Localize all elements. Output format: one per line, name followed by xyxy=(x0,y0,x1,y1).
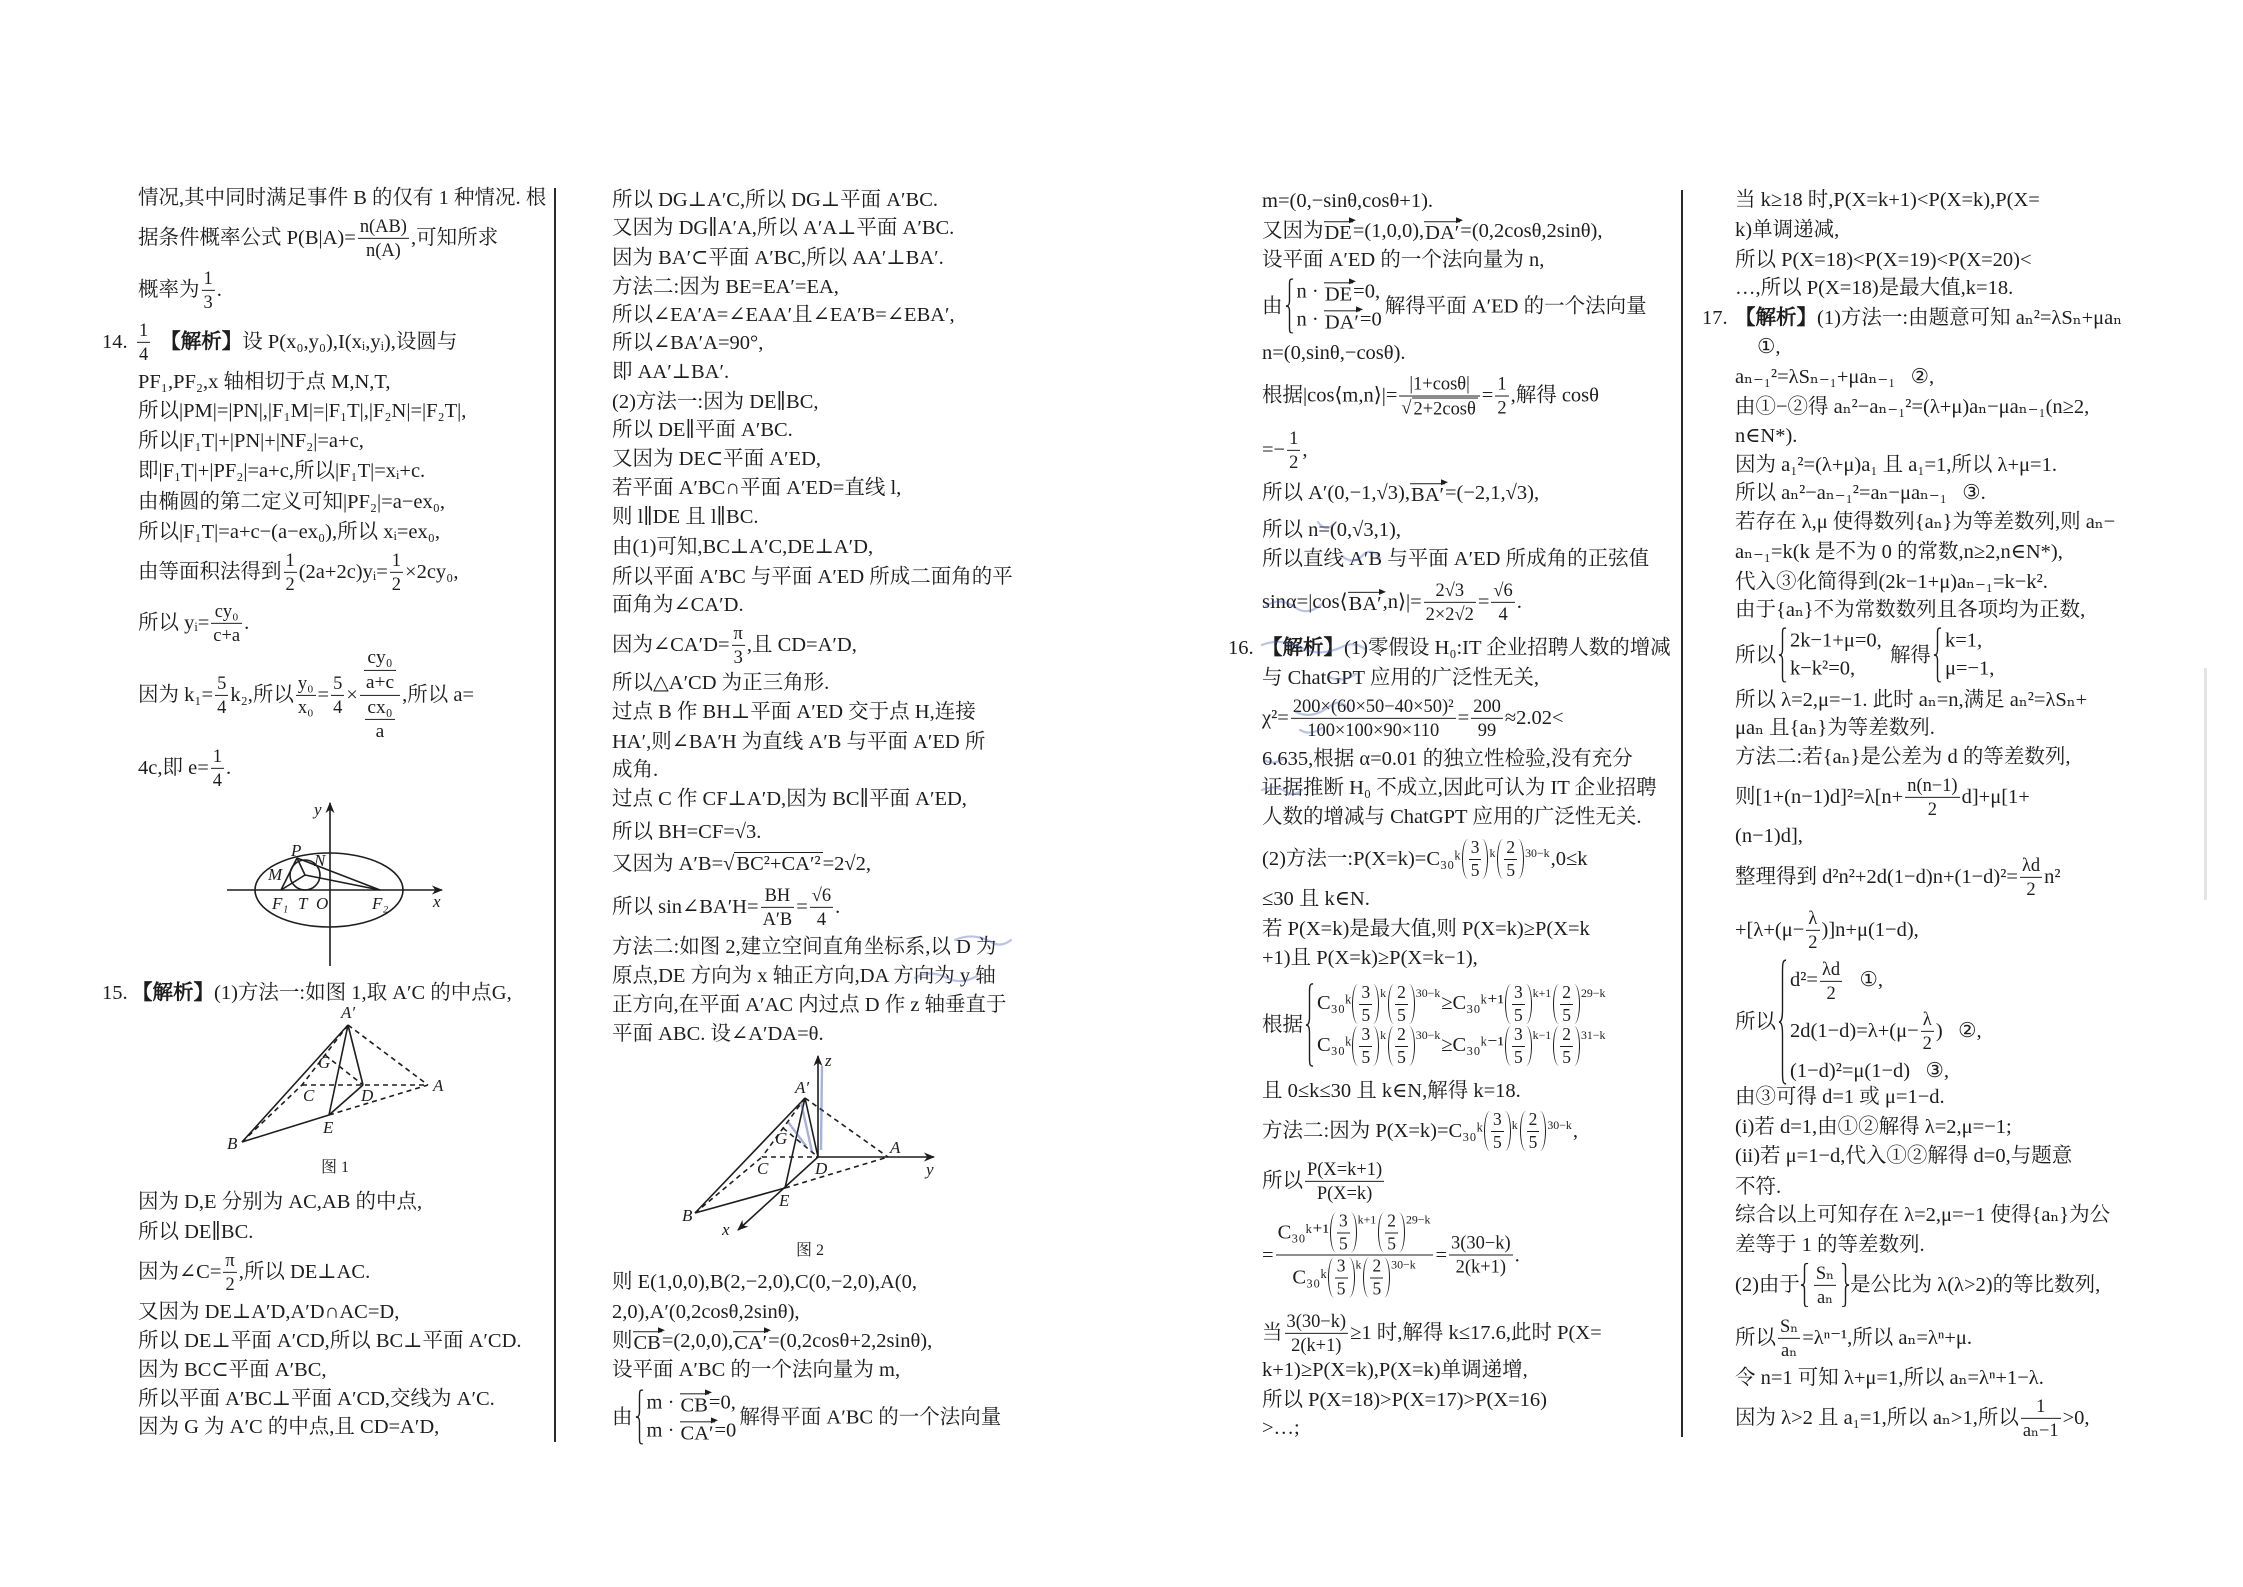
text-line: 又因为 DE =(1,0,0), DA′ =(0,2cosθ,2sinθ), xyxy=(1262,217,1603,245)
text-run: , xyxy=(1302,437,1307,463)
numerator: 3(30−k) xyxy=(1285,1311,1349,1334)
numerator: 3 xyxy=(1469,838,1482,860)
equation-system: 2k−1+μ=0, k−k²=0, xyxy=(1778,627,1882,682)
vector: DE xyxy=(1324,221,1353,245)
left-paren xyxy=(1484,1111,1490,1151)
text-run: n · xyxy=(1297,306,1324,334)
text-line: 情况,其中同时满足事件 B 的仅有 1 种情况. 根 xyxy=(138,185,546,211)
text-line: 综合以上可知存在 λ=2,μ=−1 使得{aₙ}为公 xyxy=(1735,1202,2110,1228)
text-run: m · xyxy=(647,1417,680,1445)
power-of-fraction: 35k+1 xyxy=(1505,983,1551,1025)
text-run: ,所以 DE⊥AC. xyxy=(239,1259,370,1285)
fraction: 35 xyxy=(1359,983,1372,1025)
text-line: 因为 a₁²=(λ+μ)a₁ 且 a₁=1,所以 λ+μ=1. xyxy=(1735,452,2057,478)
text-line: 2,0),A′(0,2cosθ,2sinθ), xyxy=(612,1299,800,1325)
text-run: =0, xyxy=(1353,278,1380,306)
denominator: 4 xyxy=(810,908,833,930)
fraction: 14 xyxy=(211,746,224,790)
numerator: 2 xyxy=(1395,1025,1408,1047)
text-run: = xyxy=(1478,589,1490,615)
right-paren xyxy=(1384,1258,1390,1298)
numerator: λ xyxy=(1806,908,1819,931)
vector: DA′ xyxy=(1424,221,1460,245)
numerator: 1 xyxy=(137,320,150,343)
text-line: 据条件概率公式 P(B|A)= n(AB)n(A) ,可知所求 xyxy=(138,216,498,260)
denominator: 5 xyxy=(1385,1233,1398,1254)
fraction: P(X=k+1)P(X=k) xyxy=(1305,1159,1384,1203)
power-of-fraction: 35k xyxy=(1352,983,1386,1025)
text-run: . xyxy=(226,755,231,781)
text-line: 所以 2k−1+μ=0, k−k²=0, 解得 k=1, μ=−1, xyxy=(1735,627,1997,682)
system-rows: d²=λd2 ①, 2d(1−d)=λ+(μ−λ2) ②, (1−d)²=μ(1… xyxy=(1790,959,1982,1085)
numerator: 200 xyxy=(1471,696,1503,719)
exponent: k xyxy=(1489,840,1495,866)
fraction: 54 xyxy=(331,673,344,717)
left-paren xyxy=(1497,839,1503,879)
power-of-fraction: 2530−k xyxy=(1363,1257,1415,1299)
text-run: 所以 xyxy=(1735,1009,1776,1035)
power-of-fraction: 35k xyxy=(1352,1025,1386,1067)
text-line: 4c,即 e= 14 . xyxy=(138,746,231,790)
text-line: =− 12 , xyxy=(1262,428,1307,472)
inequality-system: C₃₀ᵏ 35k 2530−k ≥C₃₀ᵏ⁺¹ 35k+1 2529−k C₃₀… xyxy=(1305,983,1606,1067)
system-row: μ=−1, xyxy=(1945,655,1995,683)
text-line: = C₃₀ᵏ⁺¹ 35k+1 2529−k C₃₀ᵏ 35k 2530−k = … xyxy=(1262,1212,1520,1299)
numerator: π xyxy=(223,1250,236,1273)
text-run: (1)方法一:如图 1,取 A′C 的中点G, xyxy=(214,980,512,1006)
text-line: 证据推断 H₀ 不成立,因此可认为 IT 企业招聘 xyxy=(1262,775,1657,801)
left-paren xyxy=(1388,984,1394,1024)
text-line: 所以 BH=CF=√3. xyxy=(612,819,761,845)
vector: DE xyxy=(1324,282,1353,306)
left-brace xyxy=(1778,959,1787,1085)
edge-A1D xyxy=(348,1025,363,1085)
fraction: BHA′B xyxy=(761,885,795,929)
exponent: 31−k xyxy=(1581,1027,1606,1043)
text-run: 由 xyxy=(1262,293,1283,319)
numerator: 3 xyxy=(1512,1025,1525,1047)
text-line: aₙ₋₁=k(k 是不为 0 的常数,n≥2,n∈N*), xyxy=(1735,539,2063,565)
label-G: G xyxy=(318,1053,330,1072)
text-line: 所以∠EA′A=∠EAA′且∠EA′B=∠EBA′, xyxy=(612,302,955,328)
text-line: 所以 DE⊥平面 A′CD,所以 BC⊥平面 A′CD. xyxy=(138,1328,522,1354)
fraction: 54 xyxy=(215,673,228,717)
edge-BC xyxy=(242,1085,302,1142)
text-run: ,解得 cosθ xyxy=(1511,383,1599,409)
system-row: m · CA′=0 xyxy=(647,1417,737,1445)
right-paren xyxy=(1399,1213,1405,1253)
text-line: 所以 DG⊥A′C,所以 DG⊥平面 A′BC. xyxy=(612,187,938,213)
text-run: = xyxy=(318,682,330,708)
denominator: 2 xyxy=(1806,931,1819,953)
exponent: k+1 xyxy=(1533,985,1552,1001)
denominator: P(X=k) xyxy=(1305,1182,1384,1204)
fraction: 25 xyxy=(1370,1257,1383,1299)
numerator: C₃₀ᵏ⁺¹ 35k+1 2529−k xyxy=(1276,1212,1434,1256)
right-paren xyxy=(1526,1026,1532,1066)
label-B: B xyxy=(682,1206,693,1225)
text-line: 由于{aₙ}不为常数数列且各项均为正数, xyxy=(1735,597,2085,623)
text-line: 又因为 DE⊂平面 A′ED, xyxy=(612,446,821,472)
numerator: 200×(60×50−40×50)² xyxy=(1291,696,1456,719)
text-line: 所以 yᵢ= cy₀c+a . xyxy=(138,601,249,645)
left-brace xyxy=(1778,627,1787,682)
text-run: 则 xyxy=(612,1328,633,1354)
numerator: BH xyxy=(761,885,795,908)
numerator: 1 xyxy=(2021,1396,2061,1419)
text-line: 又因为 DE⊥A′D,A′D∩AC=D, xyxy=(138,1299,399,1325)
text-run: =− xyxy=(1262,437,1285,463)
text-line: k)单调递减, xyxy=(1735,217,1839,243)
text-run: 由 xyxy=(612,1404,633,1430)
fraction: λd2 xyxy=(1820,959,1842,1003)
text-run: 所以 xyxy=(1735,642,1776,668)
edge-A1E xyxy=(329,1025,348,1115)
numerator: 3(30−k) xyxy=(1449,1233,1513,1256)
numerator: 2√3 xyxy=(1424,580,1476,603)
edge-BA1 xyxy=(242,1025,348,1142)
text-run: ≥C₃₀ᵏ⁺¹ xyxy=(1441,990,1504,1018)
text-line: 与 ChatGPT 应用的广泛性无关, xyxy=(1262,665,1539,691)
text-run: 因为∠CA′D= xyxy=(612,632,730,658)
text-run: 解得 xyxy=(1885,642,1931,668)
right-paren xyxy=(1409,984,1415,1024)
analysis-tag: 【解析】 xyxy=(132,980,214,1006)
fraction: Sₙaₙ xyxy=(1814,1263,1836,1307)
text-line: χ²= 200×(60×50−40×50)²100×100×90×110 = 2… xyxy=(1262,696,1564,740)
fraction: 25 xyxy=(1527,1110,1540,1152)
text-run: = xyxy=(1458,705,1470,731)
text-run: 因为 λ>2 且 a₁=1,所以 aₙ>1,所以 xyxy=(1735,1405,2019,1431)
text-line: 由等面积法得到 12 (2a+2c)yᵢ= 12 ×2cy₀, xyxy=(138,550,458,594)
text-run: ≥1 时,解得 k≤17.6,此时 P(X= xyxy=(1350,1320,1602,1346)
text-line: (2)由于 Sₙaₙ 是公比为 λ(λ>2)的等比数列, xyxy=(1735,1263,2100,1307)
numerator: P(X=k+1) xyxy=(1305,1159,1384,1182)
left-paren xyxy=(1462,839,1468,879)
question-15-heading: 15. 【解析】 (1)方法一:如图 1,取 A′C 的中点G, xyxy=(102,980,512,1006)
bisector-F2 xyxy=(305,875,380,890)
fraction: 35 xyxy=(1337,1212,1350,1254)
text-line: 所以 P(X=18)>P(X=17)>P(X=16) xyxy=(1262,1387,1547,1413)
denominator: 2 xyxy=(2020,878,2042,900)
braced-sequence: Sₙaₙ xyxy=(1800,1263,1850,1307)
text-run: =0, xyxy=(709,1389,736,1417)
numerator: Sₙ xyxy=(1778,1316,1800,1339)
system-row: k=1, xyxy=(1945,627,1995,655)
text-run: 当 xyxy=(1262,1320,1283,1346)
equation-system: d²=λd2 ①, 2d(1−d)=λ+(μ−λ2) ②, (1−d)²=μ(1… xyxy=(1778,959,1982,1085)
text-line: >…; xyxy=(1262,1415,1300,1441)
text-run: , xyxy=(1573,1118,1578,1144)
text-run: =0 xyxy=(1360,306,1382,334)
numerator: 2 xyxy=(1527,1110,1540,1132)
label-N: N xyxy=(313,851,327,870)
text-line: +1)且 P(X=k)≥P(X=k−1), xyxy=(1262,945,1478,971)
text-run: )]n+μ(1−d), xyxy=(1822,917,1919,943)
question-number: 14. xyxy=(102,329,135,355)
text-line: 所以 λ=2,μ=−1. 此时 aₙ=n,满足 aₙ²=λSₙ+ xyxy=(1735,687,2087,713)
text-run: ,且 CD=A′D, xyxy=(747,632,857,658)
text-run: ,0≤k xyxy=(1551,846,1588,872)
numerator: λd xyxy=(2020,855,2042,878)
vector: CA′ xyxy=(680,1421,715,1445)
text-run: 据条件概率公式 P(B|A)= xyxy=(138,225,356,251)
numerator: cy₀a+c xyxy=(360,647,400,696)
text-line: 过点 C 作 CF⊥A′D,因为 BC∥平面 A′ED, xyxy=(612,786,967,812)
label-y: y xyxy=(312,800,322,819)
left-brace xyxy=(1933,627,1942,682)
scan-artifact xyxy=(2204,668,2207,900)
denominator: n(A) xyxy=(358,239,409,261)
fraction: n(AB)n(A) xyxy=(358,216,409,260)
question-number: 16. xyxy=(1228,635,1262,661)
denominator: A′B xyxy=(761,908,795,930)
solution-system: k=1, μ=−1, xyxy=(1933,627,1995,682)
text-line: 原点,DE 方向为 x 轴正方向,DA 方向为 y 轴 xyxy=(612,963,996,989)
label-A-prime: A′ xyxy=(794,1078,809,1097)
left-paren xyxy=(1378,1213,1384,1253)
text-line: 令 n=1 可知 λ+μ=1,所以 aₙ=λⁿ+1−λ. xyxy=(1735,1365,2044,1391)
text-line: 所以平面 A′BC⊥平面 A′CD,交线为 A′C. xyxy=(138,1386,495,1412)
text-line: 方法二:若{aₙ}是公差为 d 的等差数列, xyxy=(1735,744,2070,770)
text-run: 所以 sin∠BA′H= xyxy=(612,894,759,920)
system-row: n · DE=0, xyxy=(1297,278,1382,306)
text-line: 则 E(1,0,0),B(2,−2,0),C(0,−2,0),A(0, xyxy=(612,1269,917,1295)
system-row: 2d(1−d)=λ+(μ−λ2) ②, xyxy=(1790,1009,1982,1053)
denominator: 5 xyxy=(1335,1278,1348,1299)
text-line: +[λ+(μ− λ2 )]n+μ(1−d), xyxy=(1735,908,1919,952)
text-run: sinα=|cos⟨ xyxy=(1262,589,1348,615)
left-paren xyxy=(1553,984,1559,1024)
text-run: ≈2.02< xyxy=(1505,705,1564,731)
text-line: 又因为 A′B= √ BC²+CA′² =2√2, xyxy=(612,851,871,877)
left-paren xyxy=(1520,1111,1526,1151)
numerator: 2 xyxy=(1395,983,1408,1005)
exponent: k xyxy=(1380,985,1386,1001)
question-number: 15. xyxy=(102,980,132,1006)
text-line: 因为 BA′⊂平面 A′BC,所以 AA′⊥BA′. xyxy=(612,245,944,271)
text-line: 所以|F₁T|+|PN|+|NF₂|=a+c, xyxy=(138,428,364,454)
text-run: × xyxy=(346,682,358,708)
label-A: A xyxy=(889,1138,901,1157)
fraction: 25 xyxy=(1395,1025,1408,1067)
fraction: n(n−1)2 xyxy=(1905,775,1959,819)
denominator: 2 xyxy=(284,573,297,595)
text-line: n=(0,sinθ,−cosθ). xyxy=(1262,340,1406,366)
segment-PF2 xyxy=(297,858,380,890)
power-of-fraction: 35k xyxy=(1484,1110,1518,1152)
right-paren xyxy=(1574,1026,1580,1066)
right-paren xyxy=(1351,1213,1357,1253)
text-line: 当 3(30−k)2(k+1) ≥1 时,解得 k≤17.6,此时 P(X= xyxy=(1262,1311,1602,1355)
numerator: 2 xyxy=(1370,1257,1383,1279)
text-line: …,所以 P(X=18)是最大值,k=18. xyxy=(1735,275,2013,301)
pen-annotation xyxy=(788,1066,822,1152)
label-D: D xyxy=(814,1159,828,1178)
fraction: √64 xyxy=(810,885,833,929)
fraction: 35 xyxy=(1359,1025,1372,1067)
fraction: 35 xyxy=(1491,1110,1504,1152)
text-run: . xyxy=(217,277,222,303)
text-line: 代入③化简得到(2k−1+μ)aₙ₋₁=k−k². xyxy=(1735,569,2048,595)
denominator: aₙ xyxy=(1778,1339,1800,1361)
denominator: C₃₀ᵏ 35k 2530−k xyxy=(1276,1256,1434,1299)
numerator: 1 xyxy=(1495,374,1508,397)
text-line: 根据 C₃₀ᵏ 35k 2530−k ≥C₃₀ᵏ⁺¹ 35k+1 2529−k … xyxy=(1262,983,1609,1067)
right-brace xyxy=(1841,1263,1850,1307)
label-x: x xyxy=(721,1220,730,1239)
text-run: ,n⟩|= xyxy=(1383,589,1422,615)
text-run: =(0,2cosθ+2,2sinθ), xyxy=(768,1328,932,1354)
denominator: 5 xyxy=(1337,1233,1350,1254)
text-line: 即 AA′⊥BA′. xyxy=(612,359,729,385)
text-line: 方法二:因为 BE=EA′=EA, xyxy=(612,274,839,300)
fraction: cx₀a xyxy=(365,697,394,744)
vector: CB xyxy=(633,1331,662,1355)
right-paren xyxy=(1482,839,1488,879)
text-run: (2)由于 xyxy=(1735,1272,1800,1298)
numerator: √6 xyxy=(1491,580,1514,603)
left-paren xyxy=(1553,1026,1559,1066)
text-line: 设平面 A′BC 的一个法向量为 m, xyxy=(612,1357,900,1383)
label-y: y xyxy=(924,1160,934,1179)
text-line: 面角为∠CA′D. xyxy=(612,592,744,618)
text-line: ≤30 且 k∈N. xyxy=(1262,886,1370,912)
edge-EA xyxy=(785,1157,888,1188)
exponent: k xyxy=(1380,1027,1386,1043)
text-line: k+1)≥P(X=k),P(X=k)单调递增, xyxy=(1262,1357,1528,1383)
numerator: λd xyxy=(1820,959,1842,982)
denominator: 5 xyxy=(1359,1047,1372,1068)
text-line: 由椭圆的第二定义可知|PF₂|=a−ex₀, xyxy=(138,489,445,515)
text-run: ) ②, xyxy=(1936,1017,1982,1045)
text-line: 所以△A′CD 为正三角形. xyxy=(612,670,829,696)
power-of-fraction: 2531−k xyxy=(1553,1025,1605,1067)
fraction: 12 xyxy=(390,550,403,594)
label-C: C xyxy=(303,1086,315,1105)
vector: BA′ xyxy=(1348,592,1383,616)
numerator: 3 xyxy=(1337,1212,1350,1234)
text-run: (1)方法一:由题意可知 aₙ²=λSₙ+μaₙ xyxy=(1817,305,2122,331)
fraction: π3 xyxy=(732,623,745,667)
text-line: HA′,则∠BA′H 为直线 A′B 与平面 A′ED 所 xyxy=(612,729,985,755)
numerator: 5 xyxy=(215,673,228,696)
fraction: cy₀c+a xyxy=(211,601,242,645)
label-O: O xyxy=(316,894,328,913)
numerator: √6 xyxy=(810,885,833,908)
denominator: 2(k+1) xyxy=(1285,1334,1349,1356)
label-z: z xyxy=(824,1051,832,1070)
text-line: 则[1+(n−1)d]²=λ[n+ n(n−1)2 d]+μ[1+ xyxy=(1735,775,2030,819)
system-rows: C₃₀ᵏ 35k 2530−k ≥C₃₀ᵏ⁺¹ 35k+1 2529−k C₃₀… xyxy=(1317,983,1606,1067)
figure-2-caption: 图 2 xyxy=(796,1241,824,1259)
denominator: 5 xyxy=(1395,1047,1408,1068)
fraction: 13 xyxy=(202,268,215,312)
text-line: 过点 B 作 BH⊥平面 A′ED 交于点 H,连接 xyxy=(612,699,976,725)
power-of-fraction: 2530−k xyxy=(1388,983,1440,1025)
label-G: G xyxy=(775,1129,787,1148)
fraction: 3(30−k)2(k+1) xyxy=(1449,1233,1513,1277)
numerator: |1+cosθ| xyxy=(1399,374,1479,397)
power-of-fraction: 35k xyxy=(1462,838,1496,880)
denominator: 5 xyxy=(1359,1005,1372,1026)
numerator: 3 xyxy=(1335,1257,1348,1279)
radicand: 2+2cosθ xyxy=(1412,397,1478,418)
label-D: D xyxy=(360,1086,374,1105)
figure-1-caption: 图 1 xyxy=(321,1158,349,1176)
text-run: =(−2,1,√3), xyxy=(1445,480,1539,506)
denominator: c+a xyxy=(211,624,242,646)
left-paren xyxy=(1328,1258,1334,1298)
text-line: 所以 sin∠BA′H= BHA′B = √64 . xyxy=(612,885,840,929)
column-divider xyxy=(1681,190,1683,1437)
edge-BC xyxy=(695,1157,762,1213)
fraction: √64 xyxy=(1491,580,1514,624)
text-line: 所以∠BA′A=90°, xyxy=(612,330,763,356)
question-14-heading: 14. 14 【解析】 设 P(x₀,y₀),I(xᵢ,yᵢ),设圆与 xyxy=(102,320,457,364)
denominator: 5 xyxy=(1469,860,1482,881)
text-line: 所以 P(X=18)<P(X=19)<P(X=20)< xyxy=(1735,247,2032,273)
radical-sign: √ xyxy=(723,851,734,877)
denominator: 4 xyxy=(1491,603,1514,625)
system-rows: 2k−1+μ=0, k−k²=0, xyxy=(1790,627,1882,682)
numerator: 1 xyxy=(390,550,403,573)
text-run: =(0,2cosθ,2sinθ), xyxy=(1460,218,1602,244)
text-line: 平面 ABC. 设∠A′DA=θ. xyxy=(612,1021,824,1047)
question-16-heading: 16. 【解析】 (1)零假设 H₀:IT 企业招聘人数的增减 xyxy=(1228,635,1671,661)
text-run: m · xyxy=(647,1389,680,1417)
text-line: 方法二:因为 P(X=k)=C₃₀ᵏ 35k 2530−k , xyxy=(1262,1110,1578,1152)
question-17-heading: 17. 【解析】 (1)方法一:由题意可知 aₙ²=λSₙ+μaₙ xyxy=(1702,305,2122,331)
left-paren xyxy=(1352,984,1358,1024)
numerator: π xyxy=(732,623,745,646)
fraction: 25 xyxy=(1560,1025,1573,1067)
system-row: m · CB=0, xyxy=(647,1389,737,1417)
numerator: 3 xyxy=(1359,983,1372,1005)
analysis-tag: 【解析】 xyxy=(1735,305,1817,331)
fraction: 200×(60×50−40×50)²100×100×90×110 xyxy=(1291,696,1456,740)
text-run: 解得平面 A′BC 的一个法向量 xyxy=(739,1404,1001,1430)
text-line: 即|F₁T|+|PF₂|=a+c,所以|F₁T|=xᵢ+c. xyxy=(138,458,425,484)
system-row: d²=λd2 ①, xyxy=(1790,959,1982,1003)
fraction: cy₀a+c xyxy=(364,647,396,694)
right-paren xyxy=(1505,1111,1511,1151)
segment-GD xyxy=(783,1128,818,1157)
text-line: 人数的增减与 ChatGPT 应用的广泛性无关. xyxy=(1262,804,1641,830)
text-line: 因为 G 为 A′C 的中点,且 CD=A′D, xyxy=(138,1414,439,1440)
system-row: C₃₀ᵏ 35k 2530−k ≥C₃₀ᵏ⁺¹ 35k+1 2529−k xyxy=(1317,983,1606,1025)
text-run: n · xyxy=(1297,278,1324,306)
power-of-fraction: 35k−1 xyxy=(1505,1025,1551,1067)
label-M: M xyxy=(267,865,283,884)
left-paren xyxy=(1505,1026,1511,1066)
text-line: 当 k≥18 时,P(X=k+1)<P(X=k),P(X= xyxy=(1735,187,2040,213)
text-line: ①, xyxy=(1757,334,1781,360)
fraction: 35 xyxy=(1512,1025,1525,1067)
text-line: (2)方法一:P(X=k)=C₃₀ᵏ 35k 2530−k ,0≤k xyxy=(1262,838,1588,880)
left-brace xyxy=(635,1389,644,1444)
numerator: 2 xyxy=(1560,1025,1573,1047)
text-run: +[λ+(μ− xyxy=(1735,917,1804,943)
right-paren xyxy=(1526,984,1532,1024)
fraction: 25 xyxy=(1385,1212,1398,1254)
text-line: 所以 d²=λd2 ①, 2d(1−d)=λ+(μ−λ2) ②, (1−d)²=… xyxy=(1735,959,1985,1085)
text-run: d]+μ[1+ xyxy=(1962,784,2030,810)
text-line: 由③可得 d=1 或 μ=1−d. xyxy=(1735,1084,1945,1110)
denominator: 3 xyxy=(732,646,745,668)
text-run: ≥C₃₀ᵏ⁻¹ xyxy=(1441,1032,1504,1060)
edge-EA xyxy=(329,1085,428,1115)
